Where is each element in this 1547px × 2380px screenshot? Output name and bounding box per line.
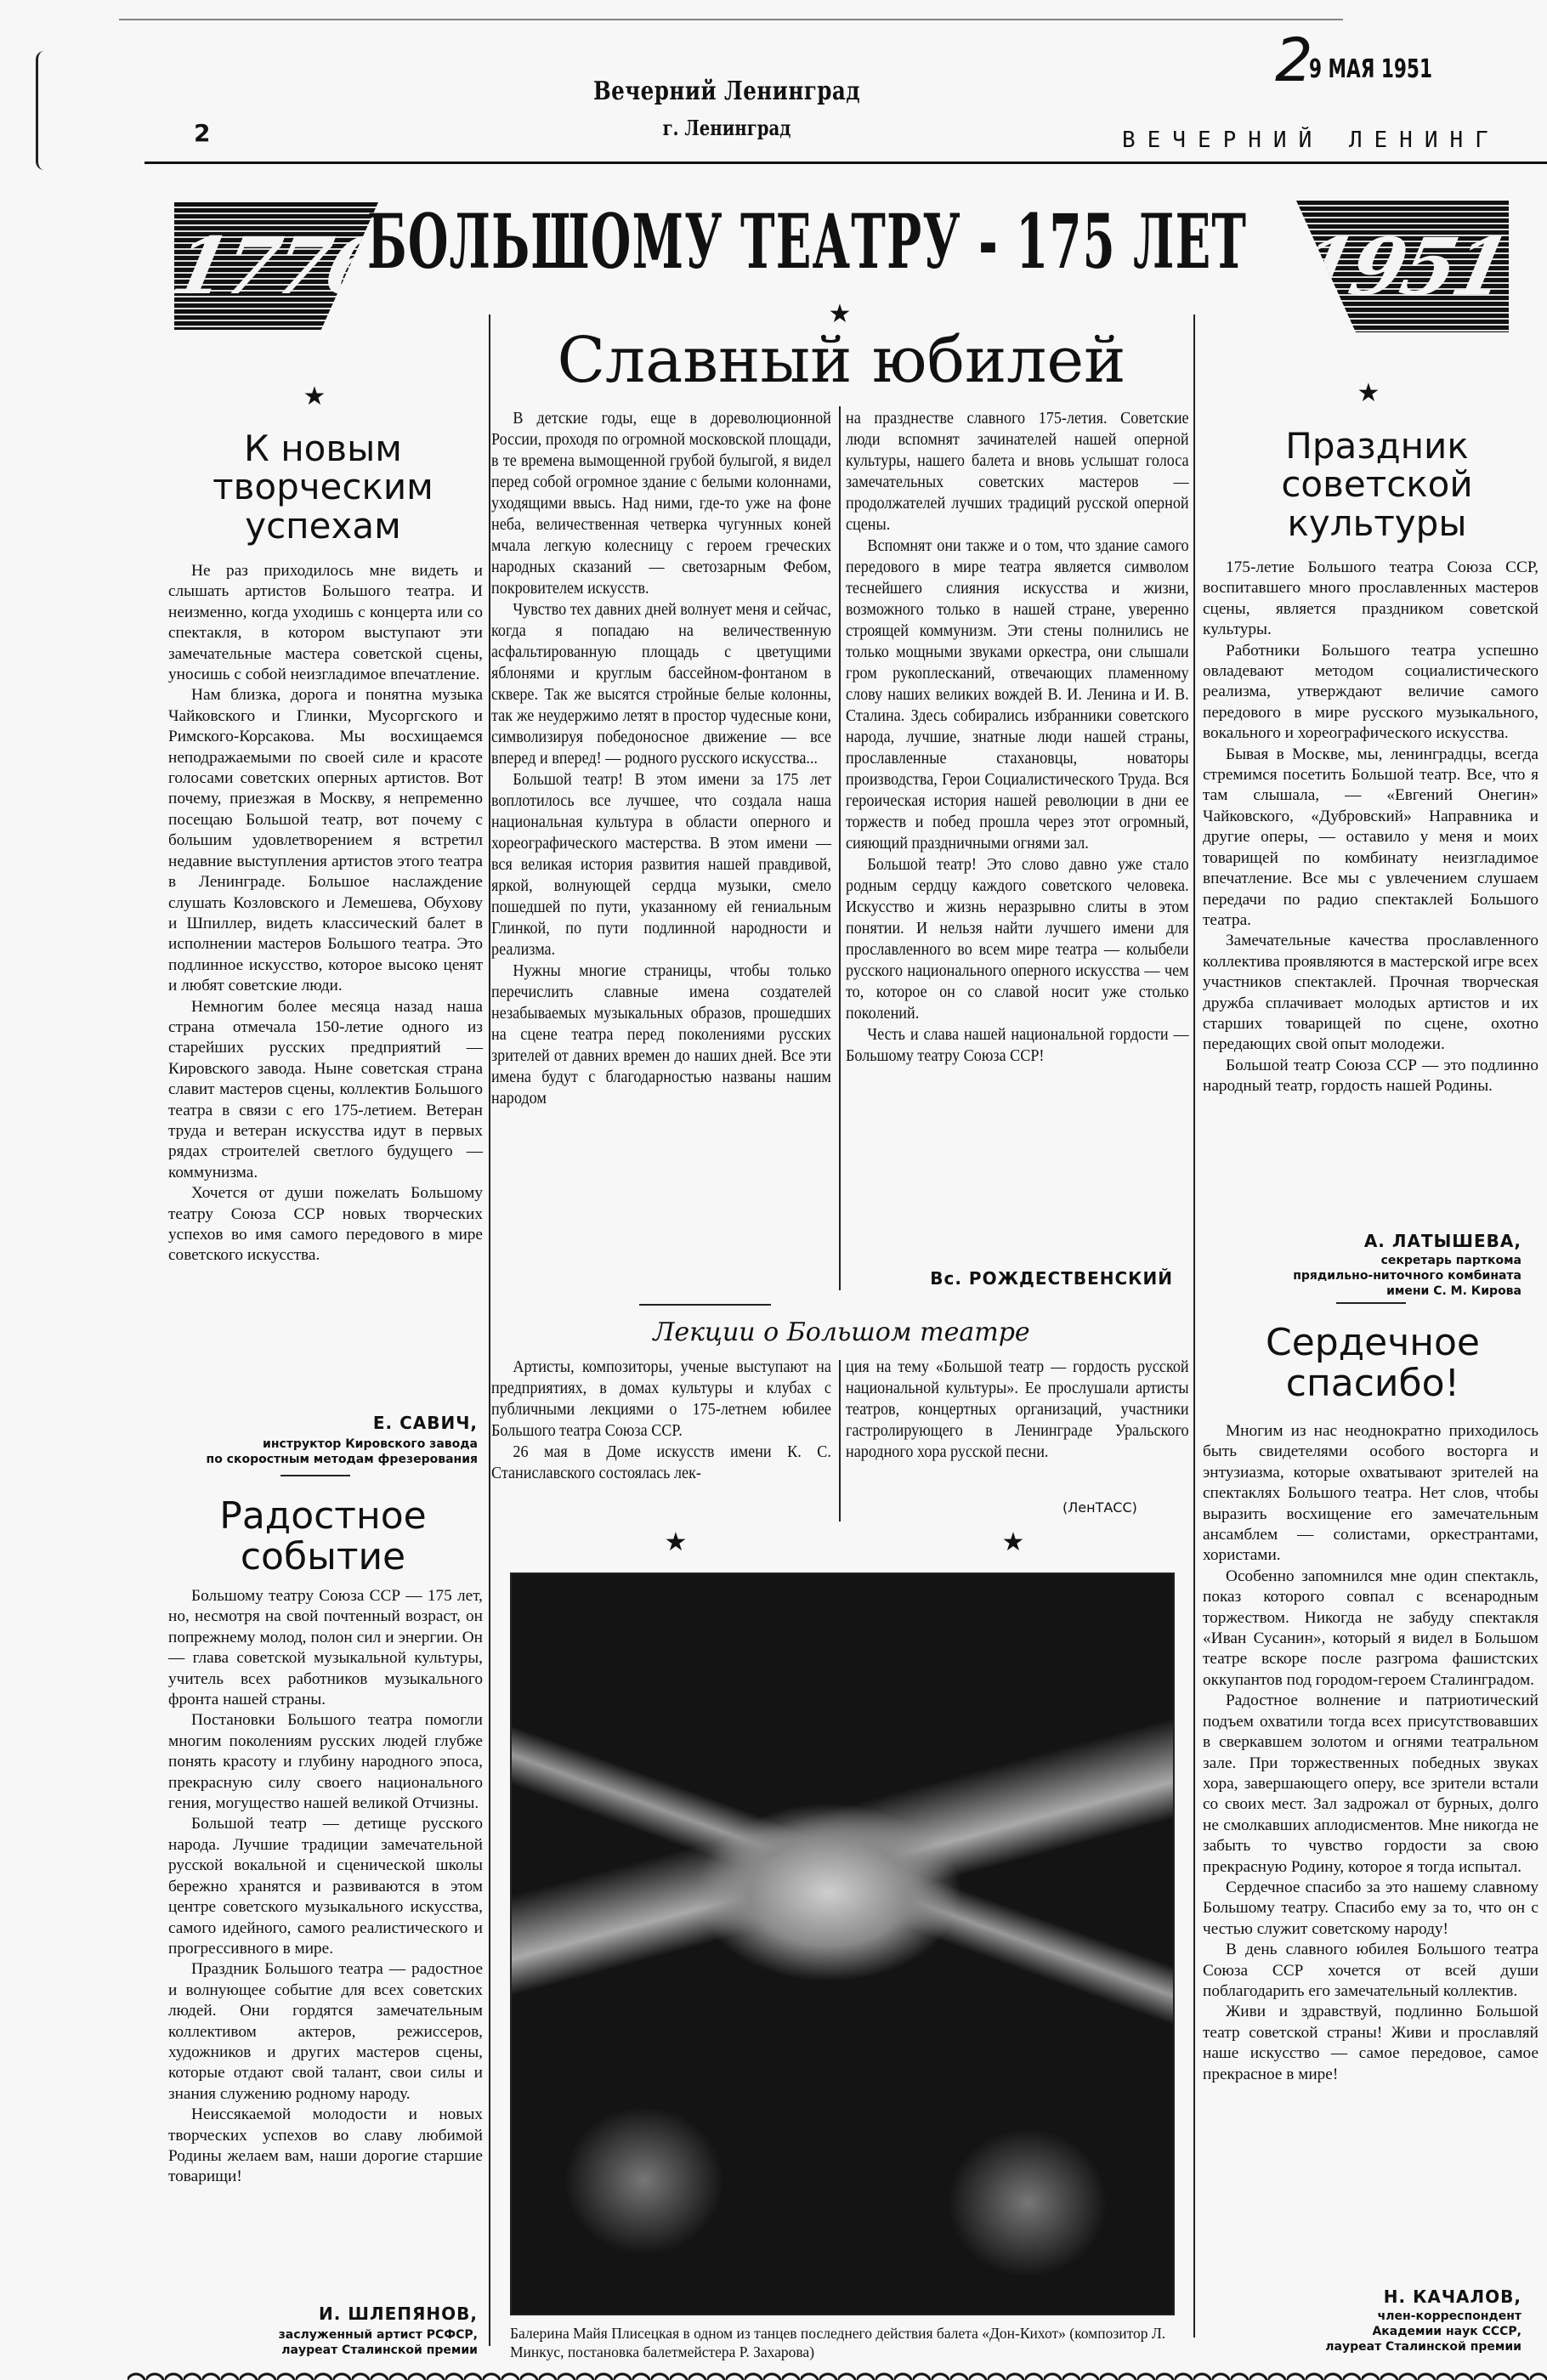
- year-1776: 1776: [164, 220, 388, 312]
- margin-bracket: [36, 51, 50, 170]
- paragraph: Немногим более месяца назад наша страна …: [168, 997, 483, 1184]
- paragraph: Праздник Большого театра — радостное и в…: [168, 1959, 483, 2105]
- paragraph: Многим из нас неоднократно приходилось б…: [1203, 1421, 1538, 1567]
- paragraph: Большой театр! В этом имени за 175 лет в…: [491, 769, 831, 960]
- ballerina-photo: [510, 1572, 1175, 2315]
- paragraph: Артисты, композиторы, ученые выступают н…: [491, 1357, 831, 1442]
- issue-date: 9 МАЯ 1951: [1309, 54, 1432, 84]
- newspaper-city: г. Ленинград: [591, 116, 863, 140]
- banner-title: БОЛЬШОМУ ТЕАТРУ - 175 ЛЕТ: [367, 197, 1247, 286]
- article-lectures-col2: ция на тему «Большой театр — гордость ру…: [846, 1357, 1189, 1463]
- article-separator: [280, 1475, 350, 1476]
- paragraph: Сердечное спасибо за это нашему славному…: [1203, 1878, 1538, 1940]
- author-savich: Е. САВИЧ,: [255, 1413, 478, 1433]
- paragraph: Нам близка, дорога и понятна музыка Чайк…: [168, 685, 483, 996]
- author-title-line: секретарь парткома: [1241, 1253, 1521, 1268]
- paragraph: Замечательные качества прославленного ко…: [1203, 931, 1538, 1055]
- author-title-line: заслуженный артист РСФСР,: [170, 2327, 478, 2343]
- paragraph: Вспомнят они также и о том, что здание с…: [846, 535, 1189, 854]
- paragraph: Не раз приходилось мне видеть и слышать …: [168, 561, 483, 685]
- article-center-col1: В детские годы, еще в дореволюционной Ро…: [491, 408, 831, 1109]
- headline-prazdnik: Праздник советской культуры: [1249, 427, 1504, 542]
- paragraph: Большой театр Союза ССР — это подлинно н…: [1203, 1056, 1538, 1097]
- author-shlepyanov: И. ШЛЕПЯНОВ,: [255, 2303, 478, 2324]
- article-serdechnoe: Многим из нас неоднократно приходилось б…: [1203, 1421, 1538, 2085]
- author-title-line: лауреат Сталинской премии: [1241, 2339, 1521, 2354]
- column-rule-left: [489, 314, 490, 2346]
- paragraph: 175-летие Большого театра Союза ССР, вос…: [1203, 558, 1538, 641]
- paragraph: Постановки Большого театра помогли многи…: [168, 1710, 483, 1814]
- headline-serdechnoe: Сердечное спасибо!: [1241, 1323, 1504, 1403]
- masthead-top-rule: [119, 19, 1343, 20]
- article-prazdnik: 175-летие Большого театра Союза ССР, вос…: [1203, 558, 1538, 1097]
- author-title-line: член-корреспондент: [1241, 2309, 1521, 2324]
- paragraph: Большому театру Союза ССР — 175 лет, но,…: [168, 1586, 483, 1710]
- paragraph: Особенно запомнился мне один спектакль, …: [1203, 1567, 1538, 1691]
- paragraph: Бывая в Москве, мы, ленинградцы, всегда …: [1203, 745, 1538, 932]
- paragraph: Большой театр! Это слово давно уже стало…: [846, 854, 1189, 1024]
- author-latysheva: А. ЛАТЫШЕВА,: [1275, 1231, 1521, 1251]
- photo-caption: Балерина Майя Плисецкая в одном из танце…: [510, 2324, 1181, 2361]
- author-title-line: по скоростным методам фрезерования: [170, 1452, 478, 1467]
- paragraph: Хочется от души пожелать Большому театру…: [168, 1183, 483, 1266]
- author-rozhdestvensky: Вс. РОЖДЕСТВЕНСКИЙ: [850, 1268, 1173, 1289]
- paragraph: В детские годы, еще в дореволюционной Ро…: [491, 408, 831, 599]
- star-ornament: ★: [297, 384, 331, 410]
- author-title: секретарь парткома прядильно-ниточного к…: [1241, 1253, 1521, 1299]
- author-title: инструктор Кировского завода по скоростн…: [170, 1436, 478, 1467]
- paragraph: 26 мая в Доме искусств имени К. С. Стани…: [491, 1442, 831, 1484]
- star-ornament: ★: [659, 1530, 693, 1555]
- headline-k-novym: К новым творческим успехам: [208, 429, 438, 545]
- paragraph: ция на тему «Большой театр — гордость ру…: [846, 1357, 1189, 1463]
- author-title: член-корреспондент Академии наук СССР, л…: [1241, 2309, 1521, 2354]
- paragraph: Радостное волнение и патриотический подъ…: [1203, 1691, 1538, 1878]
- headline-lectures: Лекции о Большом театре: [510, 1317, 1173, 1347]
- paragraph: Неиссякаемой молодости и новых творчески…: [168, 2105, 483, 2188]
- date-handwritten: 2: [1275, 25, 1313, 95]
- paragraph: Чувство тех давних дней волнует меня и с…: [491, 599, 831, 769]
- paragraph: Честь и слава нашей национальной гордост…: [846, 1024, 1189, 1067]
- paragraph: Работники Большого театра успешно овладе…: [1203, 641, 1538, 745]
- running-head: ВЕЧЕРНИЙ ЛЕНИНГ: [1122, 127, 1500, 153]
- column-rule-right: [1193, 314, 1195, 2337]
- headline-radostnoe: Радостное событие: [195, 1496, 450, 1577]
- article-radostnoe: Большому театру Союза ССР — 175 лет, но,…: [168, 1586, 483, 2188]
- wavy-border: [127, 2365, 1547, 2380]
- paragraph: В день славного юбилея Большого театра С…: [1203, 1940, 1538, 2002]
- article-k-novym: Не раз приходилось мне видеть и слышать …: [168, 561, 483, 1266]
- paragraph: на празднестве славного 175-летия. Совет…: [846, 408, 1189, 535]
- banner-year-right: 1951: [1296, 201, 1509, 332]
- paragraph: Нужны многие страницы, чтобы только пере…: [491, 960, 831, 1109]
- article-separator: [1336, 1302, 1406, 1304]
- author-title-line: лауреат Сталинской премии: [170, 2343, 478, 2358]
- author-title-line: имени С. М. Кирова: [1241, 1283, 1521, 1299]
- page-number: 2: [194, 119, 210, 147]
- article-center-col2: на празднестве славного 175-летия. Совет…: [846, 408, 1189, 1067]
- masthead-bottom-rule: [144, 161, 1547, 164]
- star-ornament: ★: [1351, 381, 1385, 406]
- paragraph: Живи и здравствуй, подлинно Большой теат…: [1203, 2002, 1538, 2085]
- author-title-line: инструктор Кировского завода: [170, 1436, 478, 1452]
- column-rule-lectures: [839, 1360, 841, 1521]
- article-lectures-col1: Артисты, композиторы, ученые выступают н…: [491, 1357, 831, 1484]
- author-title-line: прядильно-ниточного комбината: [1241, 1268, 1521, 1283]
- newspaper-name: Вечерний Ленинград: [563, 76, 890, 106]
- headline-slavny-yubiley: Славный юбилей: [510, 327, 1173, 395]
- author-title-line: Академии наук СССР,: [1241, 2324, 1521, 2339]
- year-1951: 1951: [1290, 221, 1514, 313]
- paragraph: Большой театр — детище русского народа. …: [168, 1814, 483, 1959]
- source-lentass: (ЛенТАСС): [1062, 1499, 1137, 1516]
- author-title: заслуженный артист РСФСР, лауреат Сталин…: [170, 2327, 478, 2358]
- article-separator: [639, 1304, 771, 1306]
- column-rule-center: [839, 406, 841, 1290]
- star-ornament: ★: [996, 1530, 1030, 1555]
- author-kachalov: Н. КАЧАЛОВ,: [1275, 2286, 1521, 2307]
- banner-year-left: 1776: [174, 202, 378, 330]
